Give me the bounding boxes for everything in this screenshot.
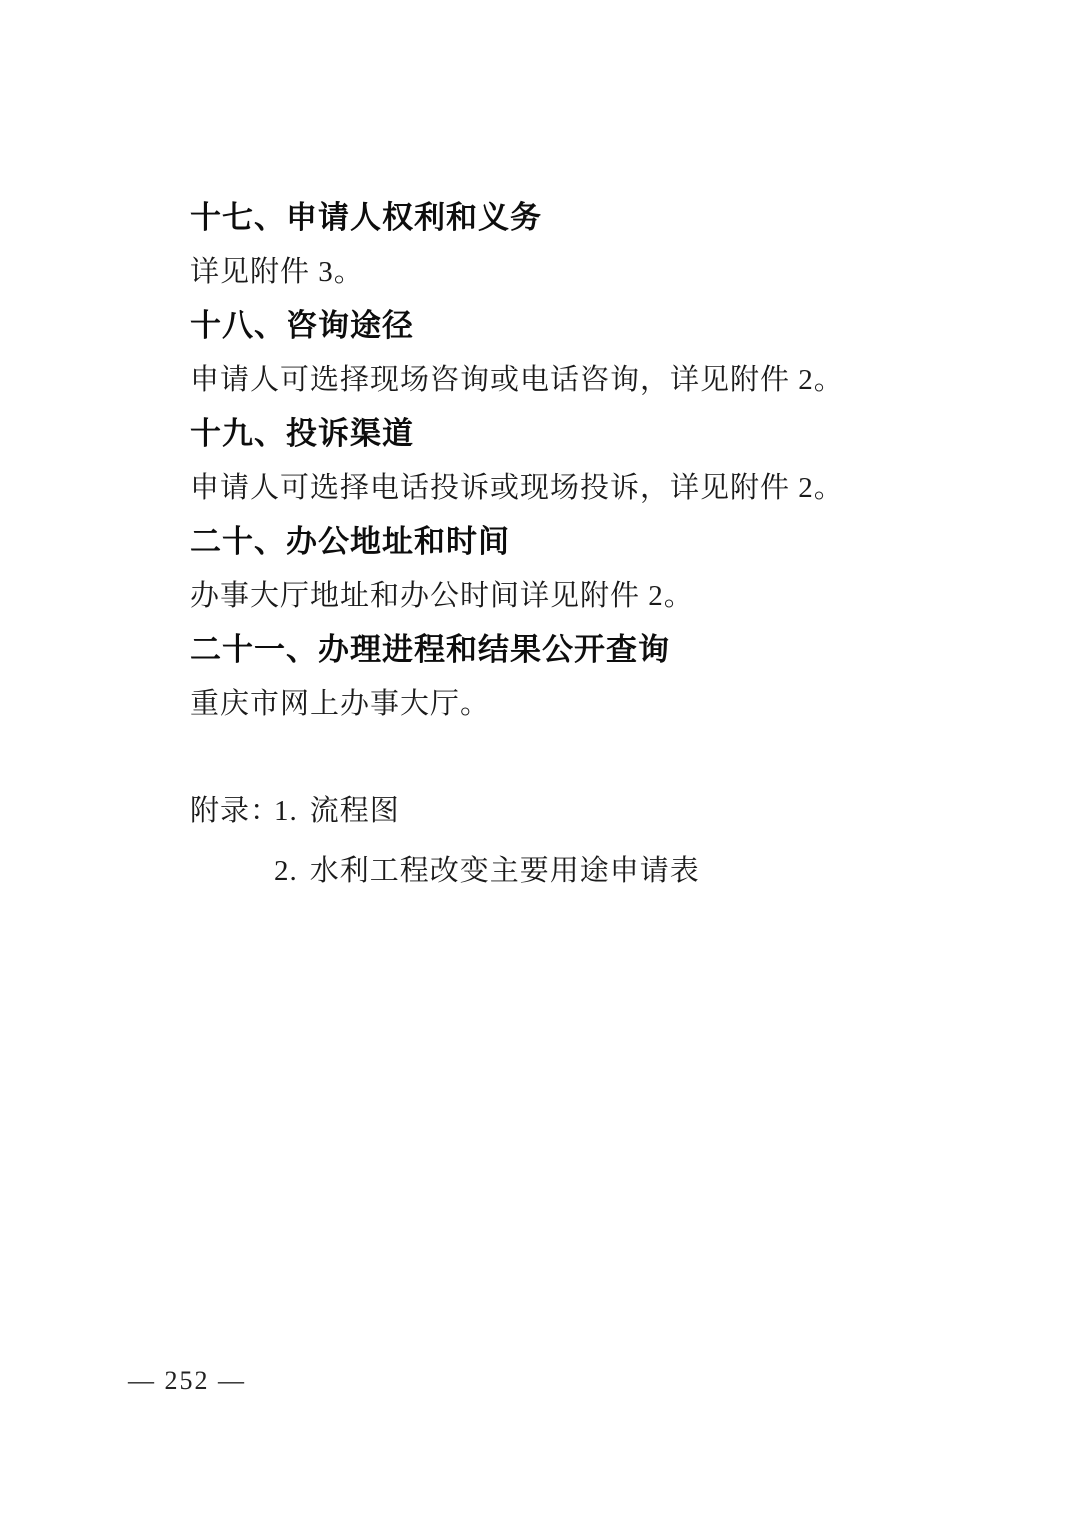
document-content: 十七、申请人权利和义务 详见附件 3。 十八、咨询途径 申请人可选择现场咨询或电…: [190, 191, 1010, 901]
appendix-block: 附录： 1. 流程图 2. 水利工程改变主要用途申请表: [190, 781, 1010, 901]
section-body-19: 申请人可选择电话投诉或现场投诉，详见附件 2。: [190, 461, 1010, 515]
appendix-item: 附录： 1. 流程图: [190, 781, 1010, 841]
section-body-20: 办事大厅地址和办公时间详见附件 2。: [190, 569, 1010, 623]
section-body-18: 申请人可选择现场咨询或电话咨询，详见附件 2。: [190, 353, 1010, 407]
section-body-21: 重庆市网上办事大厅。: [190, 677, 1010, 731]
appendix-label: 附录：: [190, 781, 274, 841]
appendix-item-number: 1.: [274, 781, 298, 841]
section-heading-20: 二十、办公地址和时间: [190, 515, 1010, 569]
document-page: 十七、申请人权利和义务 详见附件 3。 十八、咨询途径 申请人可选择现场咨询或电…: [0, 0, 1075, 1519]
section-heading-18: 十八、咨询途径: [190, 299, 1010, 353]
appendix-item-title: 流程图: [310, 781, 400, 841]
appendix-item: 2. 水利工程改变主要用途申请表: [190, 841, 1010, 901]
appendix-item-title: 水利工程改变主要用途申请表: [310, 841, 700, 901]
section-heading-21: 二十一、办理进程和结果公开查询: [190, 623, 1010, 677]
section-heading-17: 十七、申请人权利和义务: [190, 191, 1010, 245]
section-body-17: 详见附件 3。: [190, 245, 1010, 299]
page-number: — 252 —: [128, 1366, 246, 1396]
section-heading-19: 十九、投诉渠道: [190, 407, 1010, 461]
appendix-item-number: 2.: [274, 841, 298, 901]
